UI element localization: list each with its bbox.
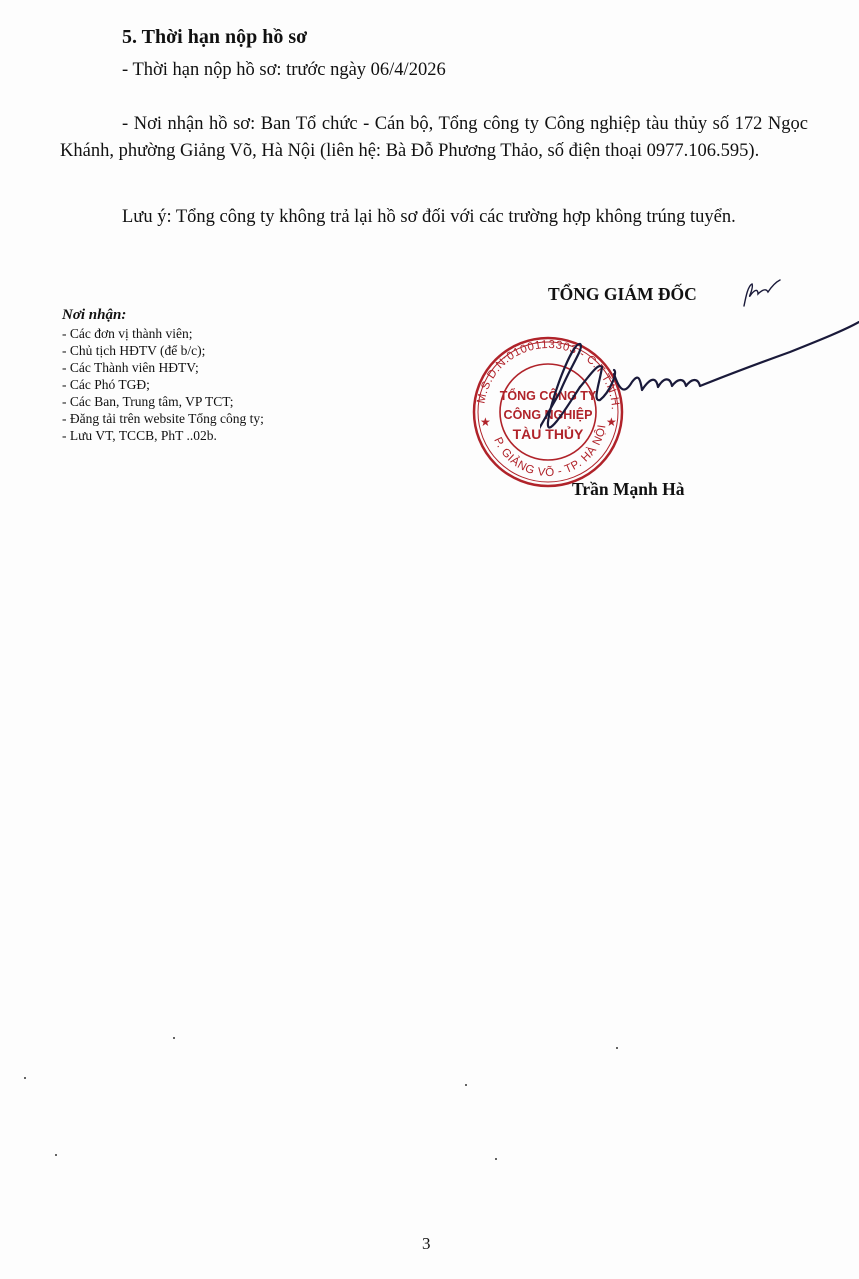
scan-speck bbox=[55, 1154, 57, 1156]
recipients-title: Nơi nhận: bbox=[62, 307, 264, 324]
scan-speck bbox=[173, 1037, 175, 1039]
recipient-item: - Các Phó TGĐ; bbox=[62, 376, 264, 393]
recipients-block: Nơi nhận: - Các đơn vị thành viên; - Chủ… bbox=[62, 307, 264, 444]
recipient-item: - Các Ban, Trung tâm, VP TCT; bbox=[62, 393, 264, 410]
scan-speck bbox=[616, 1047, 618, 1049]
recipient-item: - Lưu VT, TCCB, PhT ..02b. bbox=[62, 427, 264, 444]
submission-place-text: - Nơi nhận hồ sơ: Ban Tổ chức - Cán bộ, … bbox=[60, 114, 808, 161]
deadline-paragraph: - Thời hạn nộp hồ sơ: trước ngày 06/4/20… bbox=[60, 57, 808, 84]
recipient-item: - Các đơn vị thành viên; bbox=[62, 325, 264, 342]
handwritten-signature-icon bbox=[540, 282, 859, 482]
stamp-star-left-icon: ★ bbox=[480, 415, 491, 429]
section-heading: 5. Thời hạn nộp hồ sơ bbox=[122, 26, 307, 49]
initial-mark-icon bbox=[740, 278, 790, 308]
signer-name: Trần Mạnh Hà bbox=[572, 479, 684, 500]
submission-place-paragraph: - Nơi nhận hồ sơ: Ban Tổ chức - Cán bộ, … bbox=[60, 111, 808, 164]
recipient-item: - Các Thành viên HĐTV; bbox=[62, 359, 264, 376]
deadline-text: - Thời hạn nộp hồ sơ: trước ngày 06/4/20… bbox=[122, 60, 446, 80]
recipient-item: - Chủ tịch HĐTV (để b/c); bbox=[62, 342, 264, 359]
scan-speck bbox=[24, 1077, 26, 1079]
note-paragraph: Lưu ý: Tổng công ty không trả lại hồ sơ … bbox=[60, 204, 808, 231]
recipient-item: - Đăng tải trên website Tổng công ty; bbox=[62, 410, 264, 427]
scan-speck bbox=[465, 1084, 467, 1086]
recipients-list: - Các đơn vị thành viên; - Chủ tịch HĐTV… bbox=[62, 325, 264, 444]
document-page: 5. Thời hạn nộp hồ sơ - Thời hạn nộp hồ … bbox=[0, 0, 859, 1279]
page-number: 3 bbox=[422, 1234, 431, 1254]
scan-speck bbox=[495, 1158, 497, 1160]
note-text: Lưu ý: Tổng công ty không trả lại hồ sơ … bbox=[122, 207, 736, 227]
